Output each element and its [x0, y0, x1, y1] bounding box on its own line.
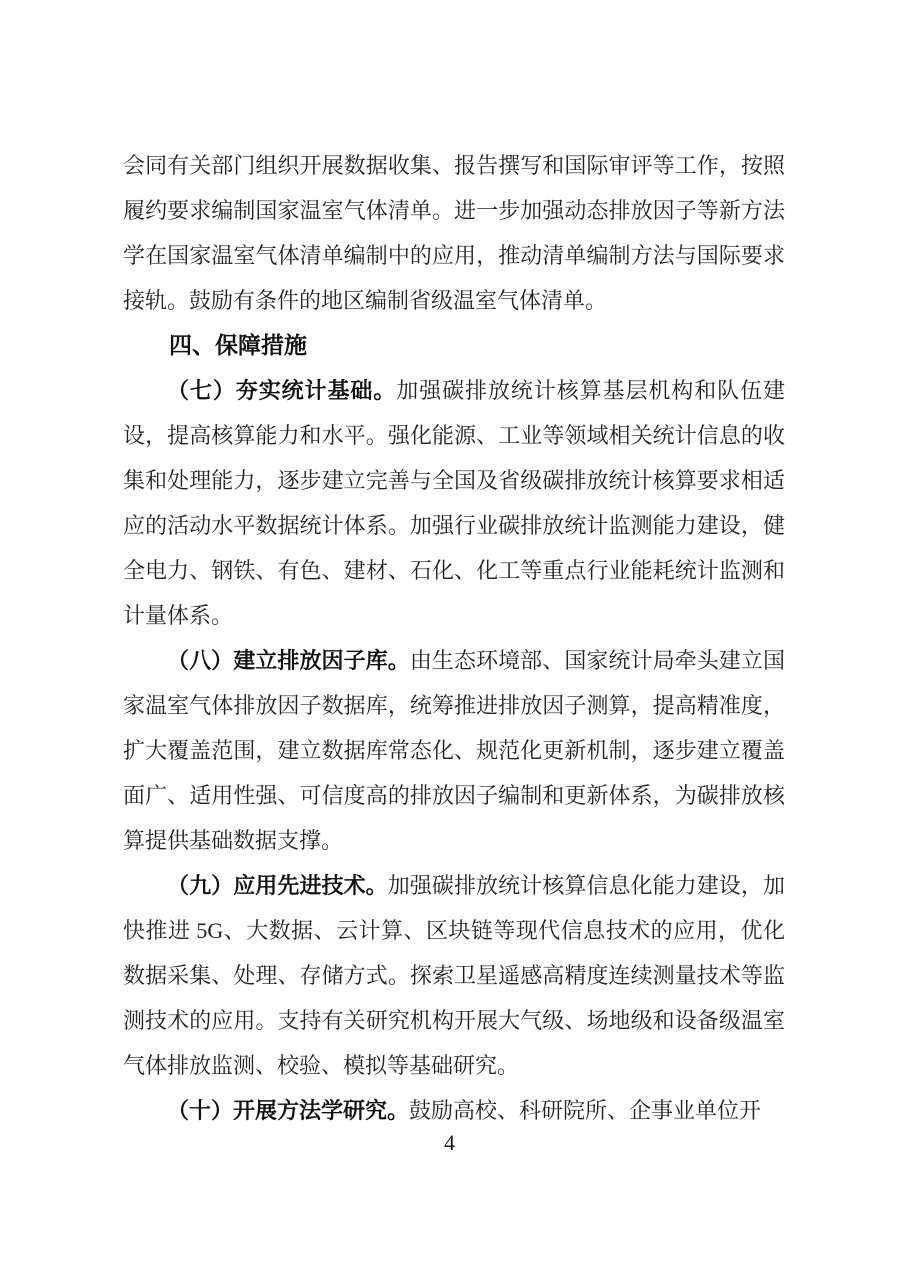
paragraph-item-7: （七）夯实统计基础。加强碳排放统计核算基层机构和队伍建设，提高核算能力和水平。强… [123, 368, 785, 638]
paragraph-item-7-lead: （七）夯实统计基础。 [167, 378, 396, 403]
paragraph-item-8: （八）建立排放因子库。由生态环境部、国家统计局牵头建立国家温室气体排放因子数据库… [123, 638, 785, 863]
paragraph-item-8-body: 由生态环境部、国家统计局牵头建立国家温室气体排放因子数据库，统筹推进排放因子测算… [123, 648, 785, 853]
paragraph-item-10-body: 鼓励高校、科研院所、企事业单位开 [409, 1098, 761, 1123]
paragraph-item-10: （十）开展方法学研究。鼓励高校、科研院所、企事业单位开 [123, 1088, 785, 1133]
document-page: 会同有关部门组织开展数据收集、报告撰写和国际审评等工作，按照履约要求编制国家温室… [0, 0, 899, 1272]
paragraph-item-7-body: 加强碳排放统计核算基层机构和队伍建设，提高核算能力和水平。强化能源、工业等领域相… [123, 378, 785, 628]
page-number: 4 [444, 1130, 455, 1155]
paragraph-continuation: 会同有关部门组织开展数据收集、报告撰写和国际审评等工作，按照履约要求编制国家温室… [123, 143, 785, 323]
paragraph-item-9: （九）应用先进技术。加强碳排放统计核算信息化能力建设，加快推进 5G、大数据、云… [123, 863, 785, 1088]
section-heading: 四、保障措施 [123, 323, 785, 368]
paragraph-item-9-body: 加强碳排放统计核算信息化能力建设，加快推进 5G、大数据、云计算、区块链等现代信… [123, 873, 785, 1078]
paragraph-item-10-lead: （十）开展方法学研究。 [167, 1098, 409, 1123]
document-content: 会同有关部门组织开展数据收集、报告撰写和国际审评等工作，按照履约要求编制国家温室… [123, 143, 785, 1133]
paragraph-item-8-lead: （八）建立排放因子库。 [167, 648, 410, 673]
page-footer: 4 [0, 1128, 899, 1158]
paragraph-item-9-lead: （九）应用先进技术。 [167, 873, 388, 898]
